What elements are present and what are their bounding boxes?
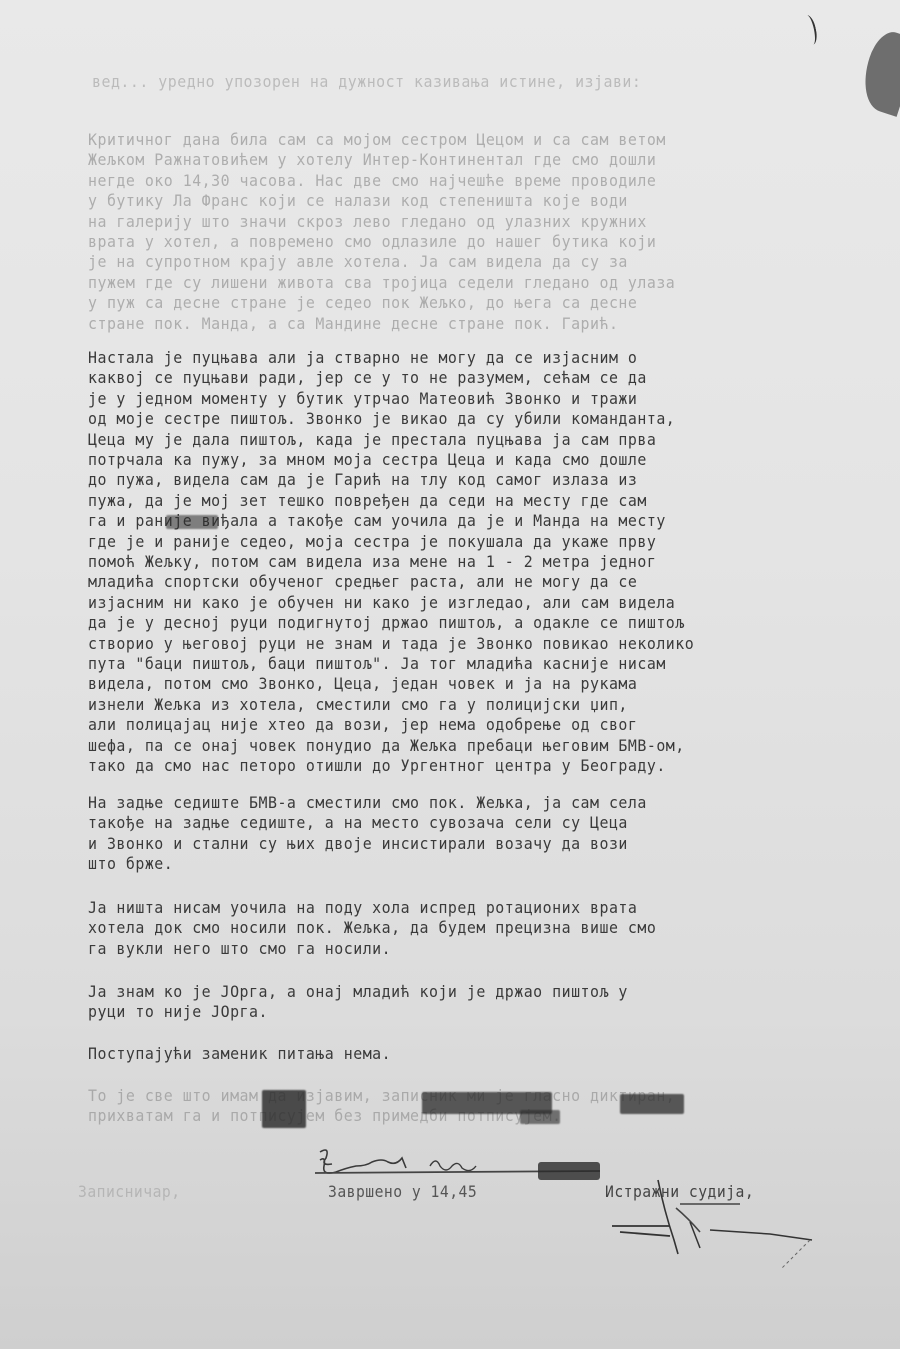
text-line: на галерију што значи скроз лево гледано… — [88, 212, 647, 233]
text-line: што брже. — [88, 854, 173, 875]
paper-damage-blot — [855, 27, 900, 117]
text-line: и Звонко и стални су њих двоје инсистира… — [88, 834, 628, 855]
text-line: пужа, да је мој зет тешко повређен да се… — [88, 491, 647, 512]
text-line: потрчала ка пужу, за мном моја сестра Це… — [88, 450, 647, 471]
text-line: где је и раније седео, моја сестра је по… — [88, 532, 656, 553]
text-line: изјасним ни како је обучен ни како је из… — [88, 593, 675, 614]
text-line: пута "баци пиштољ, баци пиштољ". Ја тог … — [88, 654, 666, 675]
text-line: до пужа, видела сам да је Гарић на тлу к… — [88, 470, 637, 491]
redaction-block — [620, 1094, 684, 1114]
text-line: од моје сестре пиштољ. Звонко је викао д… — [88, 409, 675, 430]
redaction-block — [520, 1110, 560, 1124]
document-page: вед... уредно упозорен на дужност казива… — [0, 0, 900, 1349]
text-line: да је у десној руци подигнутој држао пиш… — [88, 613, 685, 634]
text-line: руци то није ЈОрга. — [88, 1002, 268, 1023]
text-line: каквој се пуцњави ради, јер се у то не р… — [88, 368, 647, 389]
text-line: врата у хотел, а повремено смо одлазиле … — [88, 232, 656, 253]
text-line: Ја ништа нисам уочила на поду хола испре… — [88, 898, 637, 919]
text-line: тако да смо нас петоро отишли до Ургентн… — [88, 756, 666, 777]
text-line: га вукли него што смо га носили. — [88, 939, 391, 960]
text-line: створио у његовој руци не знам и тада је… — [88, 634, 694, 655]
text-line: Настала је пуцњава али ја стварно не мог… — [88, 348, 637, 369]
text-line: је на супротном крају авле хотела. Ја са… — [88, 252, 628, 273]
redaction-block — [262, 1090, 306, 1128]
judge-signature — [600, 1160, 860, 1270]
text-line: у пуж са десне стране је седео пок Жељко… — [88, 293, 637, 314]
text-line: То је све што имам да изјавим, записник … — [88, 1086, 675, 1107]
text-line: Цеца му је дала пиштољ, када је престала… — [88, 430, 656, 451]
pen-mark-icon — [801, 14, 819, 46]
text-line: На задње седиште БМВ-а сместили смо пок.… — [88, 793, 647, 814]
completed-time-label: Завршено у 14,45 — [328, 1182, 477, 1201]
text-line: младића спортски обученог средњег раста,… — [88, 572, 637, 593]
text-line: у бутику Ла Франс који се налази код сте… — [88, 191, 628, 212]
text-line: шефа, па се онај човек понудио да Жељка … — [88, 736, 685, 757]
text-line: видела, потом смо Звонко, Цеца, један чо… — [88, 674, 637, 695]
text-line: Критичног дана била сам са мојом сестром… — [88, 130, 666, 151]
strikeout-mark — [166, 515, 218, 529]
text-line: помоћ Жељку, потом сам видела иза мене н… — [88, 552, 656, 573]
text-line: али полицајац није хтео да вози, јер нем… — [88, 715, 637, 736]
text-line: такође на задње седиште, а на место суво… — [88, 813, 628, 834]
text-line: Жељком Ражнатовићем у хотелу Интер-Конти… — [88, 150, 656, 171]
text-line: негде око 14,30 часова. Нас две смо најч… — [88, 171, 656, 192]
text-line: изнели Жељка из хотела, сместили смо га … — [88, 695, 628, 716]
text-line: Ја знам ко је ЈОрга, а онај младић који … — [88, 982, 628, 1003]
text-line: Поступајући заменик питања нема. — [88, 1044, 391, 1065]
text-line: стране пок. Манда, а са Мандине десне ст… — [88, 314, 618, 335]
recorder-label: Записничар, — [78, 1182, 181, 1201]
text-line: је у једном моменту у бутик утрчао Матео… — [88, 389, 637, 410]
text-line: хотела док смо носили пок. Жељка, да буд… — [88, 918, 656, 939]
text-line: пужем где су лишени живота сва тројица с… — [88, 273, 675, 294]
header-line: вед... уредно упозорен на дужност казива… — [92, 72, 641, 93]
